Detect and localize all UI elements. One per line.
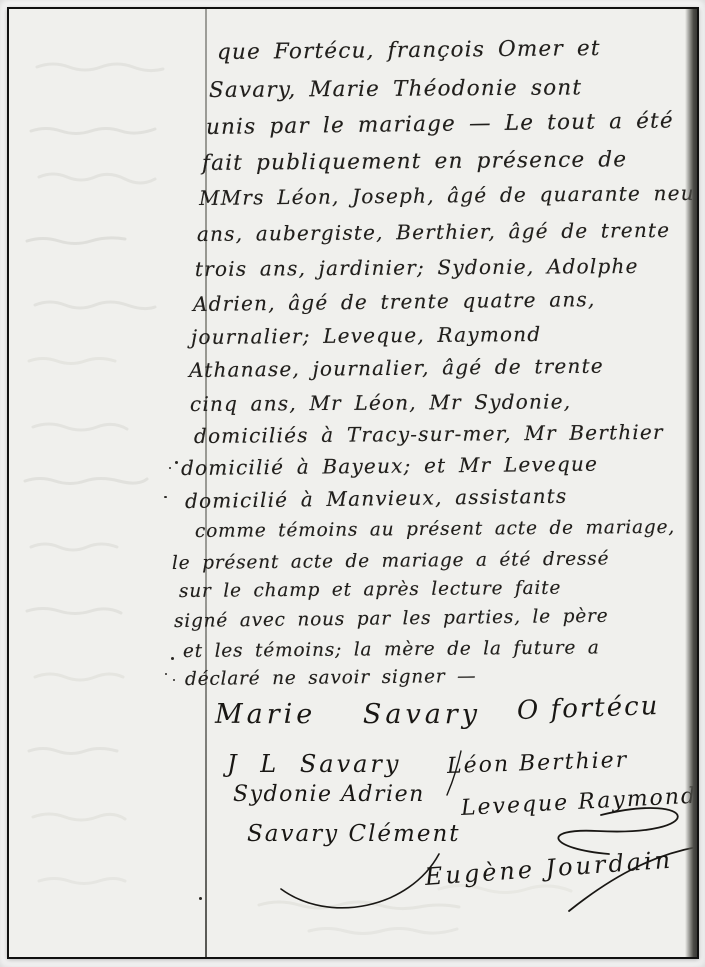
ink-speck <box>171 657 174 660</box>
manuscript-line: MMrs Léon, Joseph, âgé de quarante neuf <box>199 181 699 210</box>
scanned-document-page: { "document": { "language": "French", "b… <box>0 0 705 967</box>
ink-speck <box>165 673 167 675</box>
manuscript-line: fait publiquement en présence de <box>202 147 627 176</box>
manuscript-line: ans, aubergiste, Berthier, âgé de trente <box>197 218 670 246</box>
manuscript-line: domicilié à Manvieux, assistants <box>185 484 568 513</box>
ink-speck <box>199 897 202 900</box>
manuscript-line: déclaré ne savoir signer — <box>185 666 477 690</box>
manuscript-line: le présent acte de mariage a été dressé <box>172 548 610 574</box>
binding-gutter-shadow <box>685 9 697 957</box>
manuscript-line: domicilié à Bayeux; et Mr Leveque <box>181 452 598 480</box>
ink-speck <box>164 496 167 498</box>
manuscript-line: journalier; Leveque, Raymond <box>191 322 541 349</box>
manuscript-line: comme témoins au présent acte de mariage… <box>195 517 675 542</box>
ink-speck <box>169 467 171 469</box>
manuscript-line: domiciliés à Tracy-sur-mer, Mr Berthier <box>194 420 664 448</box>
manuscript-paper: que Fortécu, françois Omer et Savary, Ma… <box>7 7 699 959</box>
manuscript-line: que Fortécu, françois Omer et <box>217 36 601 65</box>
signature-eugene-jourdain: Eugène Jourdain <box>424 846 674 891</box>
manuscript-line: Adrien, âgé de trente quatre ans, <box>193 287 596 316</box>
signature-leveque-raymond: Leveque Raymond <box>460 784 697 821</box>
manuscript-line: sur le champ et après lecture faite <box>179 578 561 602</box>
manuscript-line: cinq ans, Mr Léon, Mr Sydonie, <box>190 389 571 416</box>
manuscript-line: Athanase, journalier, âgé de trente <box>189 354 604 382</box>
manuscript-line: et les témoins; la mère de la future a <box>183 637 600 662</box>
ink-speck <box>175 461 178 464</box>
manuscript-line: signé avec nous par les parties, le père <box>174 606 609 632</box>
manuscript-line: trois ans, jardinier; Sydonie, Adolphe <box>195 254 639 281</box>
signature-jl-savary: J L Savary <box>227 750 401 778</box>
signature-o-fortecu: O fortécu <box>516 691 659 726</box>
ink-speck <box>173 679 175 681</box>
manuscript-line: Savary, Marie Théodonie sont <box>209 75 582 103</box>
signature-sydonie-adrien: Sydonie Adrien <box>233 782 425 807</box>
signature-leon-berthier: Léon Berthier <box>447 748 629 779</box>
manuscript-line: unis par le mariage — Le tout a été <box>206 108 674 140</box>
signature-savary-clement: Savary Clément <box>247 821 461 847</box>
signature-marie-savary: Marie Savary <box>215 699 481 730</box>
